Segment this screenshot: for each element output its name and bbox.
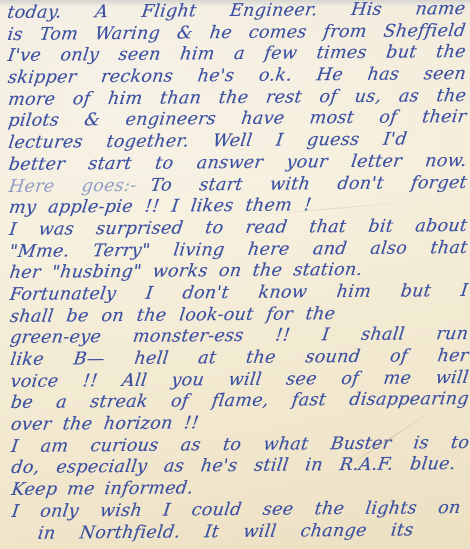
letter-line: over the horizon !! bbox=[9, 413, 200, 436]
letter-body: today. A Flight Engineer. His name is To… bbox=[6, 0, 469, 545]
letter-line: in Northfield. It will change its bbox=[36, 520, 414, 545]
letter-page: today. A Flight Engineer. His name is To… bbox=[0, 0, 470, 549]
letter-line: Keep me informed. bbox=[10, 479, 173, 502]
letter-line: my apple-pie !! I likes them ! bbox=[8, 196, 313, 220]
letter-line: "Mme. Terry" living here and also that bbox=[8, 238, 469, 264]
letter-line-text: To start with don't forget bbox=[149, 172, 468, 195]
letter-line: be a streak of flame, fast disappearing bbox=[9, 389, 470, 415]
letter-line: her "husbing" works on the station. bbox=[8, 260, 364, 285]
letter-line: do, especially as he's still in R.A.F. b… bbox=[10, 455, 457, 481]
letter-line-faded-prefix: Here goes:- bbox=[8, 175, 152, 196]
letter-line: Here goes:-To start with don't forget bbox=[7, 172, 468, 198]
letter-line: Fortunately I don't know him but I bbox=[8, 281, 469, 307]
